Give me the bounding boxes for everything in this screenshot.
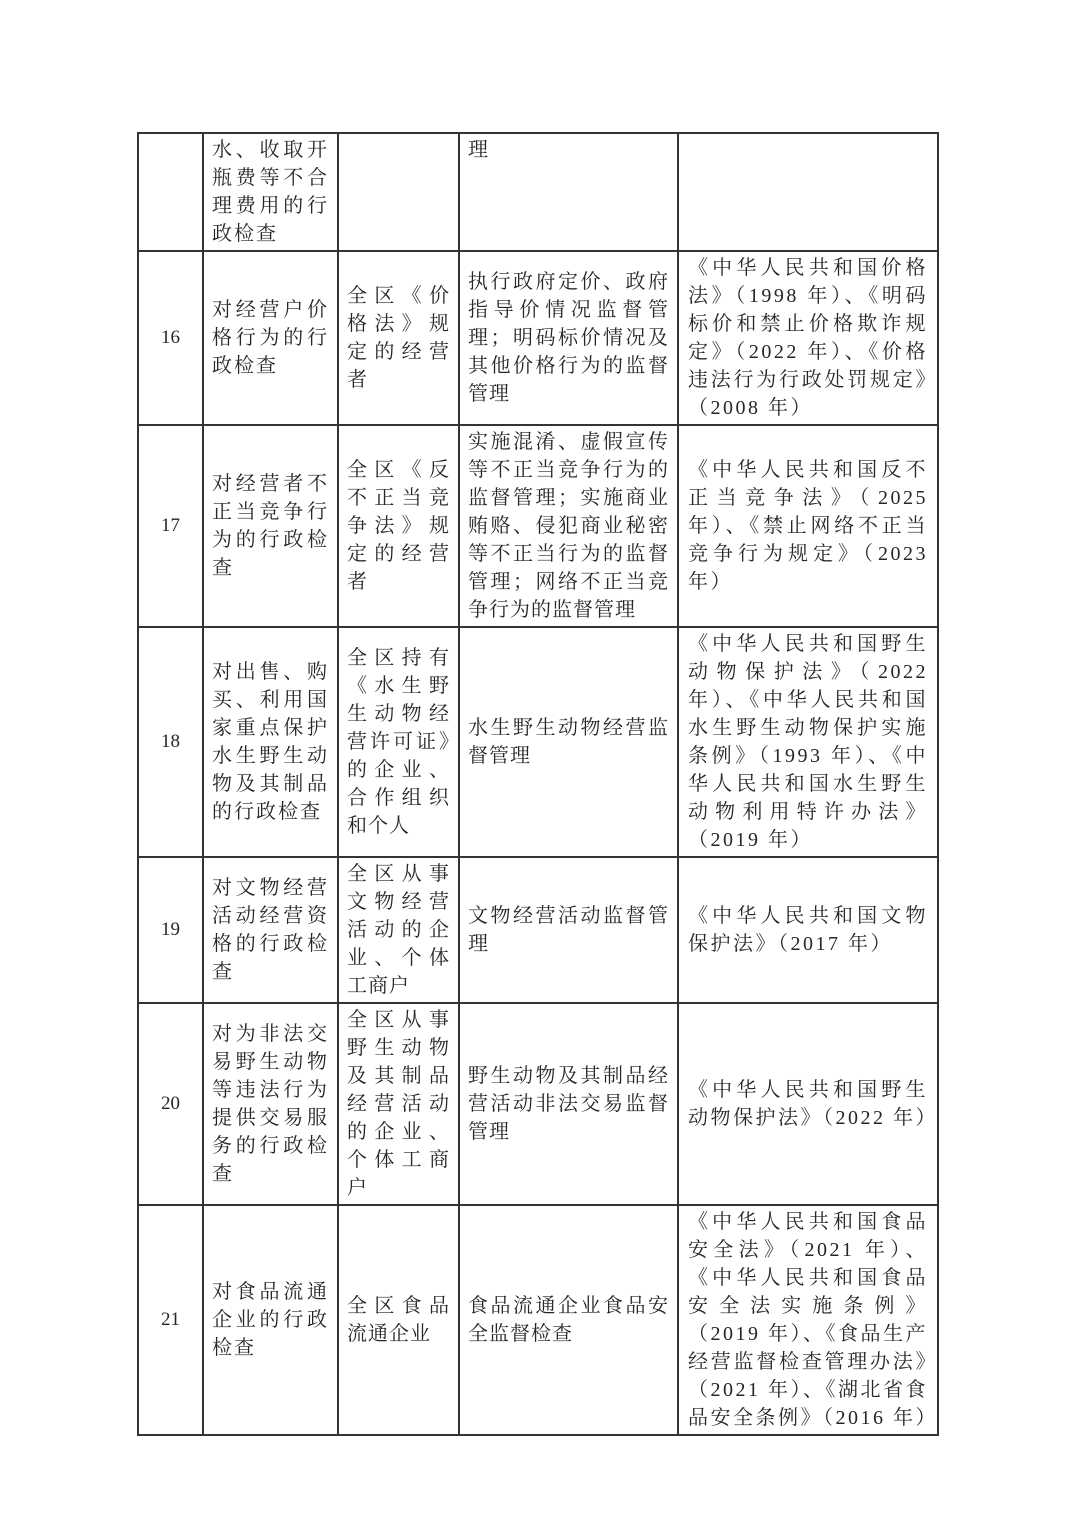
cell-item: 对经营者不正当竞争行为的行政检查 [203,425,338,627]
cell-basis: 《中华人民共和国食品安全法》（2021 年）、《中华人民共和国食品安全法实施条例… [678,1205,938,1435]
cell-item: 对出售、购买、利用国家重点保护水生野生动物及其制品的行政检查 [203,627,338,857]
cell-item: 对为非法交易野生动物等违法行为提供交易服务的行政检查 [203,1003,338,1205]
cell-target: 全区《价格法》规定的经营者 [338,251,459,425]
cell-target: 全区《反不正当竞争法》规定的经营者 [338,425,459,627]
cell-content: 文物经营活动监督管理 [459,857,678,1003]
cell-seq: 21 [138,1205,203,1435]
cell-item: 对食品流通企业的行政检查 [203,1205,338,1435]
table-row: 18 对出售、购买、利用国家重点保护水生野生动物及其制品的行政检查 全区持有《水… [138,627,938,857]
cell-target: 全区食品流通企业 [338,1205,459,1435]
cell-seq: 18 [138,627,203,857]
cell-content: 执行政府定价、政府指导价情况监督管理；明码标价情况及其他价格行为的监督管理 [459,251,678,425]
cell-seq: 16 [138,251,203,425]
cell-content: 实施混淆、虚假宣传等不正当竞争行为的监督管理；实施商业贿赂、侵犯商业秘密等不正当… [459,425,678,627]
cell-seq: 19 [138,857,203,1003]
cell-seq [138,133,203,251]
document-page: 水、收取开瓶费等不合理费用的行政检查 理 16 对经营户价格行为的行政检查 全区… [0,0,1074,1520]
inspection-items-table: 水、收取开瓶费等不合理费用的行政检查 理 16 对经营户价格行为的行政检查 全区… [137,132,939,1436]
cell-item: 对文物经营活动经营资格的行政检查 [203,857,338,1003]
table-row: 17 对经营者不正当竞争行为的行政检查 全区《反不正当竞争法》规定的经营者 实施… [138,425,938,627]
cell-item: 对经营户价格行为的行政检查 [203,251,338,425]
table-row: 20 对为非法交易野生动物等违法行为提供交易服务的行政检查 全区从事野生动物及其… [138,1003,938,1205]
cell-item: 水、收取开瓶费等不合理费用的行政检查 [203,133,338,251]
cell-basis: 《中华人民共和国反不正当竞争法》（2025 年）、《禁止网络不正当竞争行为规定》… [678,425,938,627]
cell-content: 水生野生动物经营监督管理 [459,627,678,857]
cell-basis: 《中华人民共和国野生动物保护法》（2022 年） [678,1003,938,1205]
table-row: 19 对文物经营活动经营资格的行政检查 全区从事文物经营活动的企业、个体工商户 … [138,857,938,1003]
cell-basis: 《中华人民共和国文物保护法》（2017 年） [678,857,938,1003]
cell-seq: 20 [138,1003,203,1205]
cell-basis [678,133,938,251]
cell-target: 全区从事野生动物及其制品经营活动的企业、个体工商户 [338,1003,459,1205]
cell-content: 理 [459,133,678,251]
cell-basis: 《中华人民共和国野生动物保护法》（2022 年）、《中华人民共和国水生野生动物保… [678,627,938,857]
cell-seq: 17 [138,425,203,627]
cell-target: 全区从事文物经营活动的企业、个体工商户 [338,857,459,1003]
cell-content: 野生动物及其制品经营活动非法交易监督管理 [459,1003,678,1205]
cell-target: 全区持有《水生野生动物经营许可证》的企业、合作组织和个人 [338,627,459,857]
cell-basis: 《中华人民共和国价格法》（1998 年）、《明码标价和禁止价格欺诈规定》（202… [678,251,938,425]
table-row: 21 对食品流通企业的行政检查 全区食品流通企业 食品流通企业食品安全监督检查 … [138,1205,938,1435]
table-row: 16 对经营户价格行为的行政检查 全区《价格法》规定的经营者 执行政府定价、政府… [138,251,938,425]
cell-target [338,133,459,251]
table-row: 水、收取开瓶费等不合理费用的行政检查 理 [138,133,938,251]
cell-content: 食品流通企业食品安全监督检查 [459,1205,678,1435]
